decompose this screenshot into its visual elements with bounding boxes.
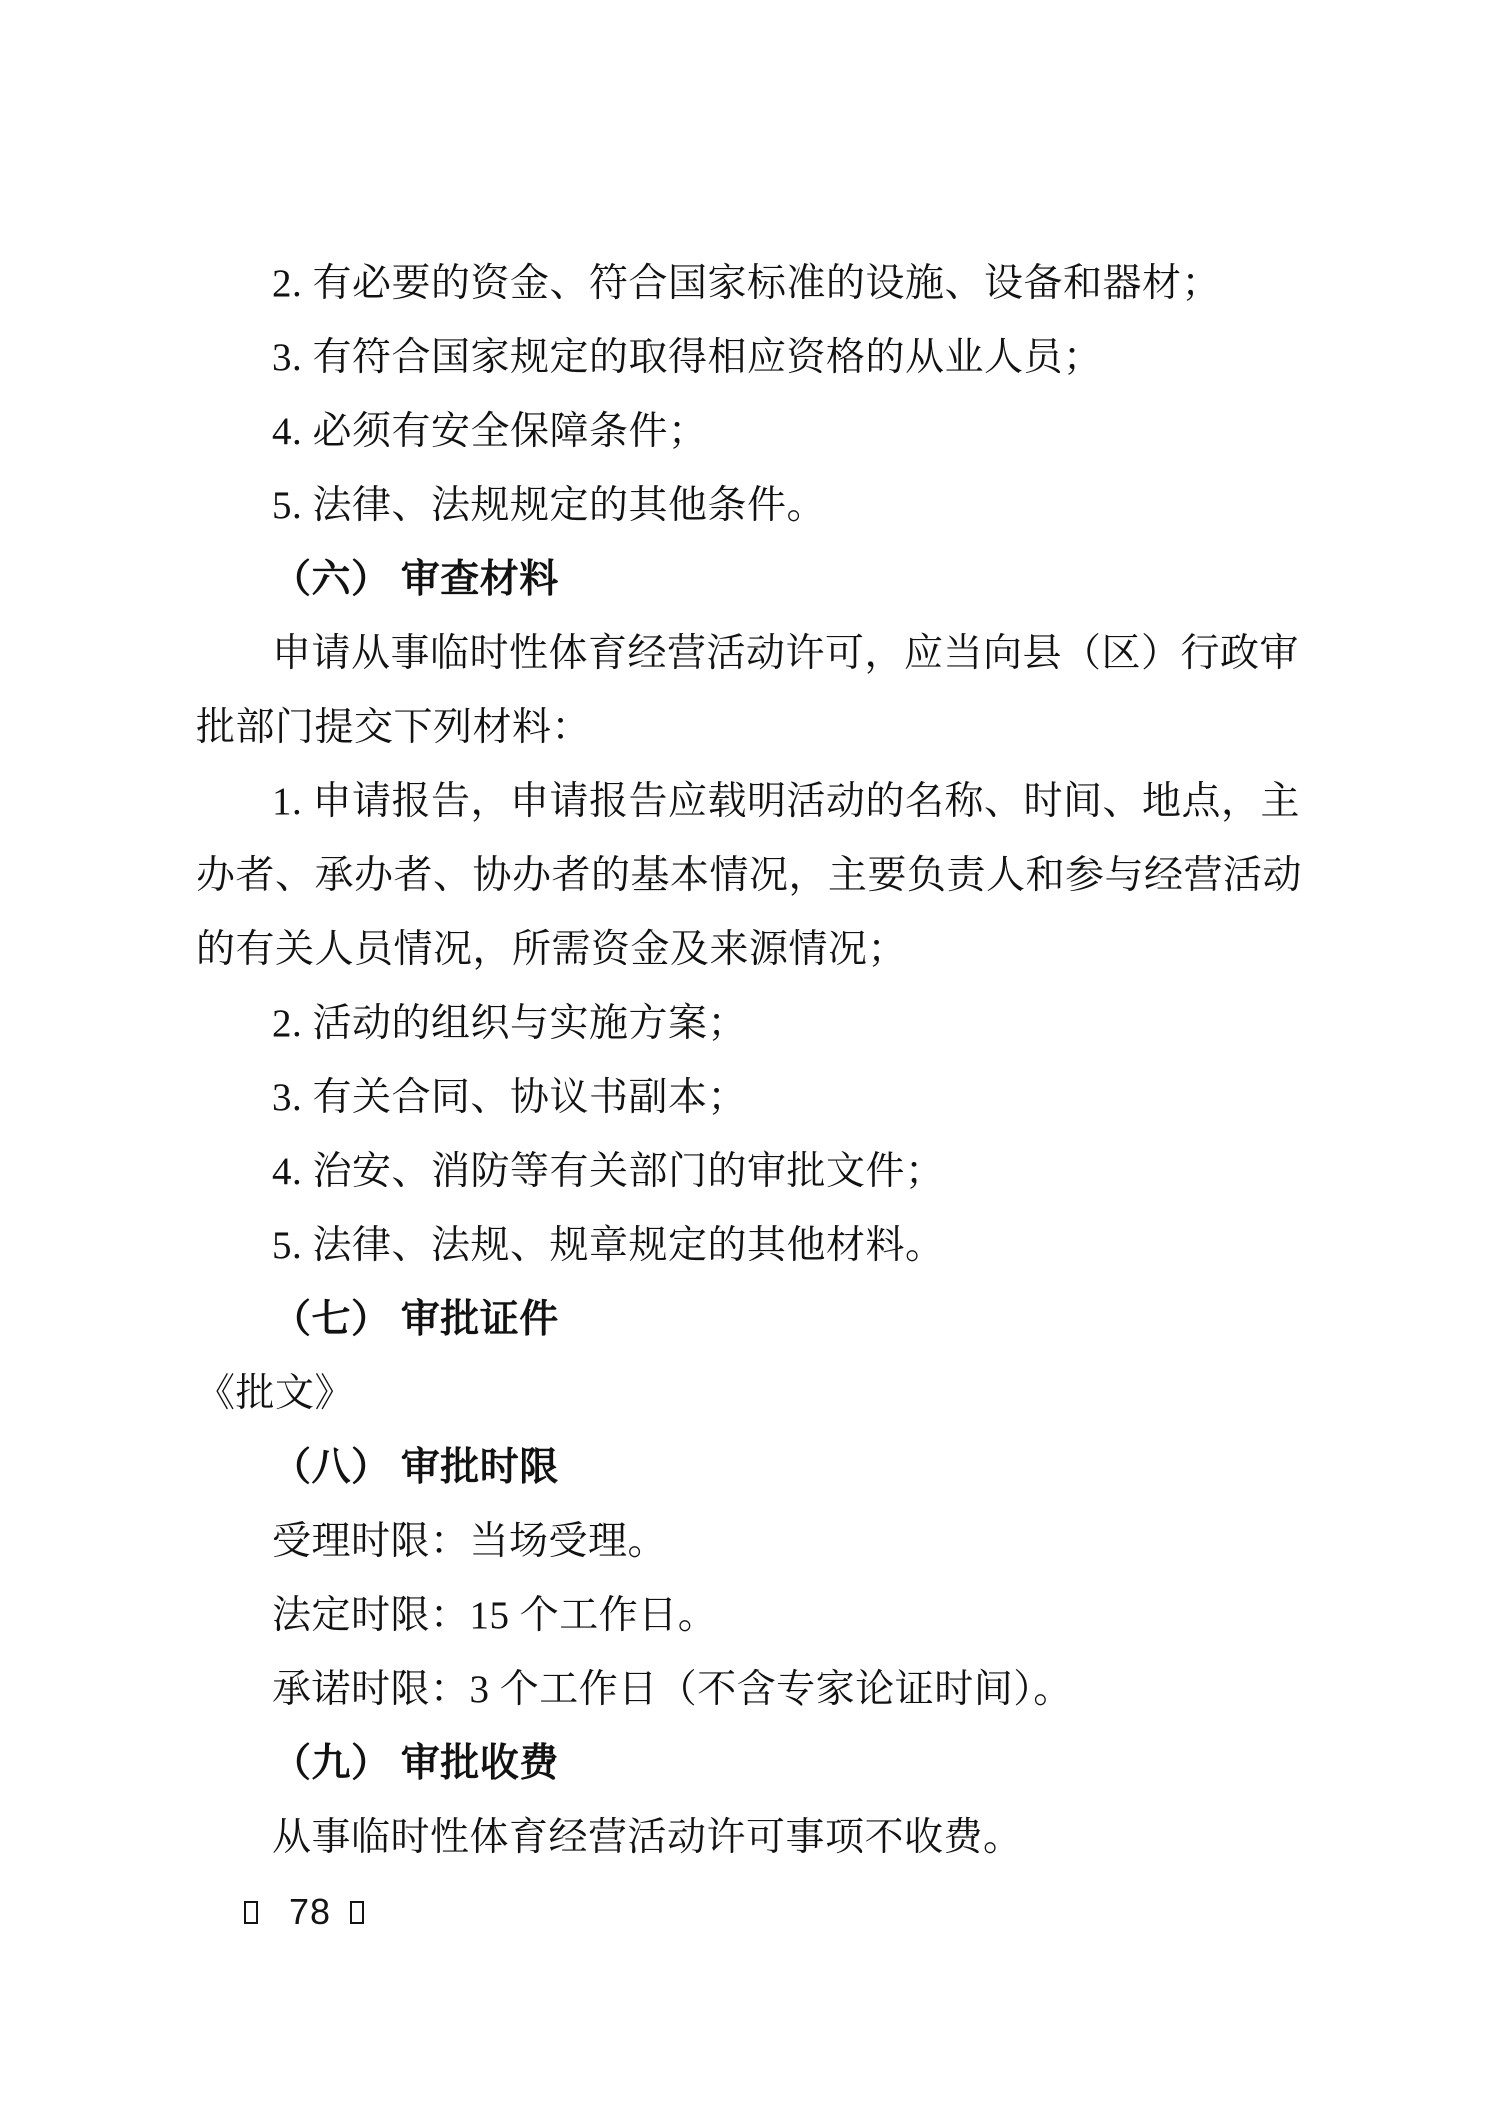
paragraph-line: 申请从事临时性体育经营活动许可，应当向县（区）行政审 <box>196 617 1306 691</box>
list-item: 5. 法律、法规规定的其他条件。 <box>196 469 1306 543</box>
paragraph-line: 受理时限：当场受理。 <box>196 1505 1306 1579</box>
section-heading: （九） 审批收费 <box>196 1727 1306 1801</box>
page-number: 78 <box>289 1894 331 1930</box>
document-page: 2. 有必要的资金、符合国家标准的设施、设备和器材； 3. 有符合国家规定的取得… <box>0 0 1487 2105</box>
list-item: 2. 活动的组织与实施方案； <box>196 987 1306 1061</box>
list-item: 1. 申请报告，申请报告应载明活动的名称、时间、地点，主 <box>196 765 1306 839</box>
section-heading: （六） 审查材料 <box>196 543 1306 617</box>
list-item: 3. 有关合同、协议书副本； <box>196 1061 1306 1135</box>
list-item: 4. 必须有安全保障条件； <box>196 395 1306 469</box>
paragraph-line: 《批文》 <box>196 1357 1306 1431</box>
paragraph-line: 的有关人员情况，所需资金及来源情况； <box>196 913 1306 987</box>
document-body: 2. 有必要的资金、符合国家标准的设施、设备和器材； 3. 有符合国家规定的取得… <box>196 247 1306 1949</box>
paragraph-line: 批部门提交下列材料： <box>196 691 1306 765</box>
section-heading: （七） 审批证件 <box>196 1283 1306 1357</box>
list-item: 4. 治安、消防等有关部门的审批文件； <box>196 1135 1306 1209</box>
section-heading: （八） 审批时限 <box>196 1431 1306 1505</box>
paragraph-line: 办者、承办者、协办者的基本情况，主要负责人和参与经营活动 <box>196 839 1306 913</box>
list-item: 3. 有符合国家规定的取得相应资格的从业人员； <box>196 321 1306 395</box>
list-item: 2. 有必要的资金、符合国家标准的设施、设备和器材； <box>196 247 1306 321</box>
page-footer: 78 <box>196 1875 1306 1949</box>
paragraph-line: 法定时限：15 个工作日。 <box>196 1579 1306 1653</box>
paragraph-line: 承诺时限：3 个工作日（不含专家论证时间）。 <box>196 1653 1306 1727</box>
paragraph-line: 从事临时性体育经营活动许可事项不收费。 <box>196 1801 1306 1875</box>
missing-glyph-box-icon <box>244 1901 258 1924</box>
missing-glyph-box-icon <box>350 1901 364 1924</box>
list-item: 5. 法律、法规、规章规定的其他材料。 <box>196 1209 1306 1283</box>
